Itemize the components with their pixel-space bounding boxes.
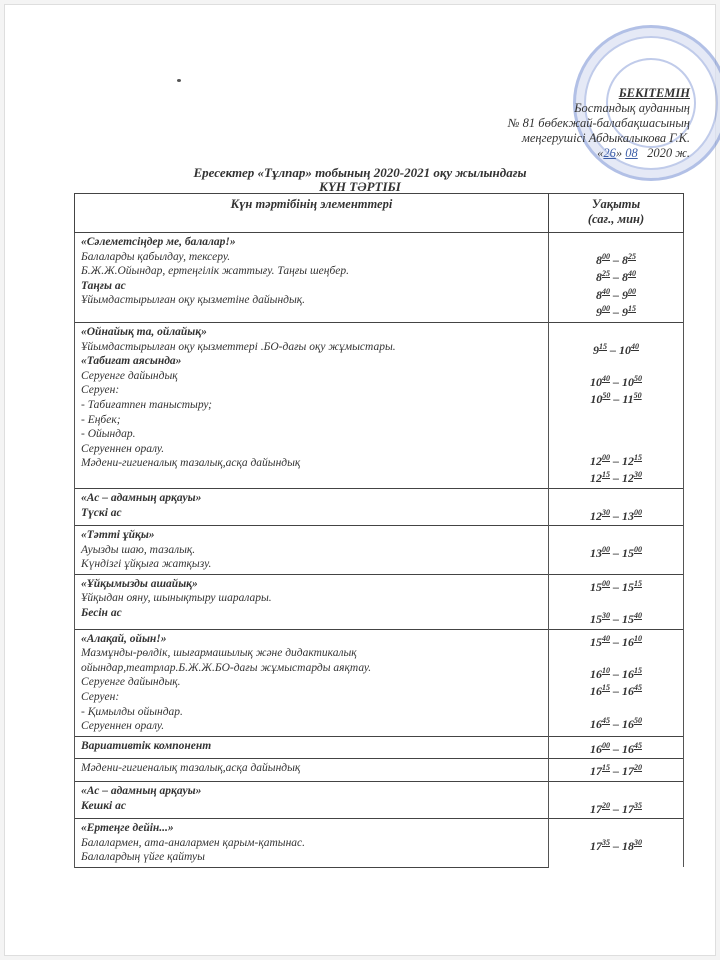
time-start-min: 30 <box>602 508 610 517</box>
schedule-row: «Тәтті ұйқы»Ауызды шаю, тазалық.Күндізгі… <box>75 526 684 575</box>
schedule-table: Күн тәртібінің элементтері Уақыты (сағ.,… <box>74 193 684 868</box>
time-dash: – <box>610 454 622 468</box>
activity-line: Балалардың үйге қайтуы <box>81 850 542 865</box>
time-spacer <box>555 528 677 543</box>
time-range: 825 – 840 <box>555 267 677 285</box>
time-end-min: 25 <box>628 252 636 261</box>
time-end-min: 50 <box>634 716 642 725</box>
time-cell: 1540 – 1610 1610 – 16151615 – 1645 1645 … <box>549 629 684 736</box>
time-dash: – <box>610 288 622 302</box>
activity-cell: Мәдени-гигиеналық тазалық,асқа дайындық <box>75 759 549 782</box>
time-dash: – <box>610 580 622 594</box>
activity-line: Вариативтік компонент <box>81 739 542 754</box>
time-start-hour: 15 <box>590 580 602 594</box>
time-end-min: 15 <box>634 579 642 588</box>
time-end-hour: 16 <box>622 684 634 698</box>
activity-line: Таңғы ас <box>81 279 542 294</box>
schedule-body: «Сәлеметсіңдер ме, балалар!»Балаларды қа… <box>75 233 684 868</box>
schedule-row: «Ас – адамның арқауы»Түскі ас 1230 – 130… <box>75 488 684 525</box>
time-cell: 1720 – 1735 <box>549 782 684 819</box>
activity-line: Күндізгі ұйқыға жатқызу. <box>81 557 542 572</box>
time-end-hour: 11 <box>622 392 633 406</box>
schedule-row: «Ойнайық та, ойлайық»Ұйымдастырылған оқу… <box>75 322 684 488</box>
time-dash: – <box>610 392 622 406</box>
time-range: 1615 – 1645 <box>555 681 677 699</box>
time-start-min: 00 <box>602 545 610 554</box>
header-time-unit: (сағ., мин) <box>553 212 679 227</box>
time-end-hour: 16 <box>622 742 634 756</box>
time-end-hour: 10 <box>622 375 634 389</box>
time-end-hour: 18 <box>622 839 634 853</box>
time-spacer <box>555 594 677 609</box>
time-dash: – <box>610 802 622 816</box>
time-end-min: 10 <box>634 634 642 643</box>
time-spacer <box>555 699 677 714</box>
time-dash: – <box>610 667 622 681</box>
time-end-min: 30 <box>634 838 642 847</box>
time-range: 1735 – 1830 <box>555 836 677 854</box>
time-end-hour: 12 <box>622 471 634 485</box>
time-spacer <box>555 491 677 506</box>
time-end-hour: 16 <box>622 635 634 649</box>
activity-line: Серуен: <box>81 690 542 705</box>
time-spacer <box>555 649 677 664</box>
activity-line: Мәдени-гигиеналық тазалық,асқа дайындық <box>81 761 542 776</box>
time-start-min: 40 <box>602 634 610 643</box>
date-month: 08 <box>625 146 638 160</box>
time-start-hour: 16 <box>590 667 602 681</box>
time-range: 1610 – 1615 <box>555 664 677 682</box>
activity-line: - Еңбек; <box>81 413 542 428</box>
activity-cell: «Ұйқымызды ашайық»Ұйқыдан ояну, шынықтыр… <box>75 574 549 629</box>
time-start-min: 45 <box>602 716 610 725</box>
time-start-hour: 15 <box>590 612 602 626</box>
time-start-min: 00 <box>602 304 610 313</box>
activity-line: Ауызды шаю, тазалық. <box>81 543 542 558</box>
time-cell: 1230 – 1300 <box>549 488 684 525</box>
time-range: 1720 – 1735 <box>555 799 677 817</box>
approval-heading: БЕКІТЕМІН <box>508 86 690 101</box>
time-dash: – <box>610 742 622 756</box>
time-start-hour: 12 <box>590 471 602 485</box>
time-end-min: 40 <box>628 269 636 278</box>
time-end-hour: 17 <box>622 764 634 778</box>
activity-line: - Табиғатпен таныстыру; <box>81 398 542 413</box>
time-range: 1530 – 1540 <box>555 609 677 627</box>
time-cell: 1715 – 1720 <box>549 759 684 782</box>
activity-cell: «Ас – адамның арқауы»Түскі ас <box>75 488 549 525</box>
schedule-row: «Ас – адамның арқауы»Кешкі ас 1720 – 173… <box>75 782 684 819</box>
time-cell: 800 – 825825 – 840840 – 900900 – 915 <box>549 233 684 323</box>
time-dash: – <box>610 305 622 319</box>
time-range: 1200 – 1215 <box>555 451 677 469</box>
time-dash: – <box>610 375 622 389</box>
time-start-min: 30 <box>602 611 610 620</box>
time-start-hour: 16 <box>590 684 602 698</box>
activity-line: Түскі ас <box>81 506 542 521</box>
time-end-hour: 15 <box>622 580 634 594</box>
table-bottom-border <box>75 867 684 868</box>
time-end-min: 40 <box>634 611 642 620</box>
time-start-min: 10 <box>602 666 610 675</box>
time-dash: – <box>610 270 622 284</box>
activity-line: Серуенге дайындық. <box>81 675 542 690</box>
activity-cell: «Ас – адамның арқауы»Кешкі ас <box>75 782 549 819</box>
time-start-hour: 12 <box>590 454 602 468</box>
time-start-min: 00 <box>602 453 610 462</box>
time-end-hour: 10 <box>619 343 631 357</box>
bottom-border-cell <box>549 867 684 868</box>
header-time: Уақыты (сағ., мин) <box>549 194 684 233</box>
time-spacer <box>555 784 677 799</box>
approval-line-district: Бостандық ауданның <box>508 101 690 116</box>
table-header-row: Күн тәртібінің элементтері Уақыты (сағ.,… <box>75 194 684 233</box>
time-end-hour: 15 <box>622 546 634 560</box>
activity-line: Балалармен, ата-аналармен қарым-қатынас. <box>81 836 542 851</box>
time-range: 1050 – 1150 <box>555 389 677 407</box>
activity-line: «Ас – адамның арқауы» <box>81 784 542 799</box>
activity-cell: «Ертеңге дейін...»Балалармен, ата-аналар… <box>75 819 549 868</box>
time-start-hour: 17 <box>590 839 602 853</box>
time-end-min: 50 <box>634 391 642 400</box>
activity-line: Серуеннен оралу. <box>81 442 542 457</box>
time-dash: – <box>610 253 622 267</box>
time-dash: – <box>610 635 622 649</box>
time-end-min: 15 <box>634 453 642 462</box>
time-range: 1540 – 1610 <box>555 632 677 650</box>
time-end-min: 00 <box>628 287 636 296</box>
time-range: 840 – 900 <box>555 285 677 303</box>
activity-line: Ұйымдастырылған оқу қызметіне дайындық. <box>81 293 542 308</box>
activity-line: Серуеннен оралу. <box>81 719 542 734</box>
activity-line: Ұйқыдан ояну, шынықтыру шаралары. <box>81 591 542 606</box>
time-start-min: 15 <box>602 763 610 772</box>
time-end-min: 45 <box>634 741 642 750</box>
activity-line: - Қимылды ойындар. <box>81 705 542 720</box>
schedule-row: Мәдени-гигиеналық тазалық,асқа дайындық1… <box>75 759 684 782</box>
time-cell: 915 – 1040 1040 – 10501050 – 1150 1200 –… <box>549 322 684 488</box>
time-start-min: 00 <box>602 252 610 261</box>
time-start-min: 15 <box>602 470 610 479</box>
time-dash: – <box>610 612 622 626</box>
time-end-min: 40 <box>631 342 639 351</box>
time-start-min: 25 <box>602 269 610 278</box>
time-end-hour: 15 <box>622 612 634 626</box>
time-dash: – <box>610 509 622 523</box>
activity-line: Кешкі ас <box>81 799 542 814</box>
time-start-hour: 10 <box>590 375 602 389</box>
schedule-row: Вариативтік компонент1600 – 1645 <box>75 736 684 759</box>
time-dash: – <box>610 839 622 853</box>
activity-line: «Табиғат аясында» <box>81 354 542 369</box>
time-end-hour: 12 <box>622 454 634 468</box>
schedule-row: «Ертеңге дейін...»Балалармен, ата-аналар… <box>75 819 684 868</box>
time-spacer <box>555 407 677 422</box>
header-elements: Күн тәртібінің элементтері <box>75 194 549 233</box>
approval-date: «26» 08 2020 ж. <box>597 146 690 161</box>
time-spacer <box>555 235 677 250</box>
activity-cell: «Тәтті ұйқы»Ауызды шаю, тазалық.Күндізгі… <box>75 526 549 575</box>
time-range: 1040 – 1050 <box>555 372 677 390</box>
time-dash: – <box>610 764 622 778</box>
approval-block: БЕКІТЕМІН Бостандық ауданның № 81 бөбекж… <box>508 86 690 161</box>
date-day: 26 <box>603 146 616 160</box>
time-spacer <box>555 821 677 836</box>
time-dash: – <box>610 684 622 698</box>
time-end-min: 15 <box>634 666 642 675</box>
time-end-min: 35 <box>634 801 642 810</box>
activity-line: «Ас – адамның арқауы» <box>81 491 542 506</box>
time-range: 915 – 1040 <box>555 340 677 358</box>
time-start-min: 00 <box>602 741 610 750</box>
date-year: 2020 ж. <box>647 146 690 160</box>
activity-line: Мәдени-гигиеналық тазалық,асқа дайындық <box>81 456 542 471</box>
schedule-row: «Алақай, ойын!»Мазмұнды-рөлдік, шығармаш… <box>75 629 684 736</box>
activity-line: «Ойнайық та, ойлайық» <box>81 325 542 340</box>
approval-line-kindergarten: № 81 бөбекжай-балабақшасының <box>508 116 690 131</box>
time-range: 900 – 915 <box>555 302 677 320</box>
time-start-hour: 17 <box>590 802 602 816</box>
time-end-hour: 17 <box>622 802 634 816</box>
time-start-hour: 16 <box>590 717 602 731</box>
approval-line-head: меңгерушісі Абдыкалыкова Г.К. <box>508 131 690 146</box>
activity-cell: «Алақай, ойын!»Мазмұнды-рөлдік, шығармаш… <box>75 629 549 736</box>
activity-line: Бесін ас <box>81 606 542 621</box>
schedule-row: «Ұйқымызды ашайық»Ұйқыдан ояну, шынықтыр… <box>75 574 684 629</box>
time-start-min: 40 <box>602 374 610 383</box>
activity-line: Серуенге дайындық <box>81 369 542 384</box>
activity-line: «Алақай, ойын!» <box>81 632 542 647</box>
time-start-min: 15 <box>599 342 607 351</box>
time-dash: – <box>610 546 622 560</box>
time-range: 1215 – 1230 <box>555 468 677 486</box>
activity-cell: «Ойнайық та, ойлайық»Ұйымдастырылған оқу… <box>75 322 549 488</box>
time-range: 1300 – 1500 <box>555 543 677 561</box>
activity-line: Б.Ж.Ж.Ойындар, ертеңгілік жаттығу. Таңғы… <box>81 264 542 279</box>
time-end-min: 00 <box>634 545 642 554</box>
time-start-hour: 17 <box>590 764 602 778</box>
schedule-row: «Сәлеметсіңдер ме, балалар!»Балаларды қа… <box>75 233 684 323</box>
time-start-hour: 10 <box>590 392 602 406</box>
scan-speck <box>177 79 181 82</box>
time-range: 1715 – 1720 <box>555 761 677 779</box>
time-end-min: 20 <box>634 763 642 772</box>
time-end-min: 45 <box>634 683 642 692</box>
time-spacer <box>555 422 677 437</box>
time-cell: 1600 – 1645 <box>549 736 684 759</box>
time-start-hour: 12 <box>590 509 602 523</box>
time-end-min: 15 <box>628 304 636 313</box>
time-start-hour: 13 <box>590 546 602 560</box>
time-end-min: 50 <box>634 374 642 383</box>
activity-line: ойындар,театрлар.Б.Ж.Ж.БО-дағы жұмыстард… <box>81 661 542 676</box>
time-spacer <box>555 325 677 340</box>
time-start-min: 15 <box>602 683 610 692</box>
time-start-min: 35 <box>602 838 610 847</box>
activity-cell: «Сәлеметсіңдер ме, балалар!»Балаларды қа… <box>75 233 549 323</box>
activity-cell: Вариативтік компонент <box>75 736 549 759</box>
activity-line: Мазмұнды-рөлдік, шығармашылық және дидак… <box>81 646 542 661</box>
time-end-hour: 13 <box>622 509 634 523</box>
time-cell: 1300 – 1500 <box>549 526 684 575</box>
time-cell: 1735 – 1830 <box>549 819 684 868</box>
activity-line: «Сәлеметсіңдер ме, балалар!» <box>81 235 542 250</box>
time-range: 1500 – 1515 <box>555 577 677 595</box>
header-time-label: Уақыты <box>553 197 679 212</box>
time-dash: – <box>610 717 622 731</box>
time-dash: – <box>607 343 619 357</box>
time-end-min: 00 <box>634 508 642 517</box>
time-end-hour: 16 <box>622 717 634 731</box>
time-end-min: 30 <box>634 470 642 479</box>
time-dash: – <box>610 471 622 485</box>
time-spacer <box>555 436 677 451</box>
activity-line: «Ертеңге дейін...» <box>81 821 542 836</box>
time-start-hour: 16 <box>590 742 602 756</box>
activity-line: Балаларды қабылдау, тексеру. <box>81 250 542 265</box>
time-range: 800 – 825 <box>555 250 677 268</box>
time-end-hour: 16 <box>622 667 634 681</box>
time-spacer <box>555 357 677 372</box>
time-range: 1600 – 1645 <box>555 739 677 757</box>
activity-line: «Ұйқымызды ашайық» <box>81 577 542 592</box>
bottom-border-cell <box>75 867 549 868</box>
time-start-min: 40 <box>602 287 610 296</box>
time-start-min: 20 <box>602 801 610 810</box>
activity-line: Ұйымдастырылған оқу қызметтері .БО-дағы … <box>81 340 542 355</box>
activity-line: - Ойындар. <box>81 427 542 442</box>
time-range: 1645 – 1650 <box>555 714 677 732</box>
time-start-min: 00 <box>602 579 610 588</box>
activity-line: Серуен: <box>81 383 542 398</box>
time-cell: 1500 – 1515 1530 – 1540 <box>549 574 684 629</box>
activity-line: «Тәтті ұйқы» <box>81 528 542 543</box>
time-start-hour: 15 <box>590 635 602 649</box>
time-range: 1230 – 1300 <box>555 506 677 524</box>
